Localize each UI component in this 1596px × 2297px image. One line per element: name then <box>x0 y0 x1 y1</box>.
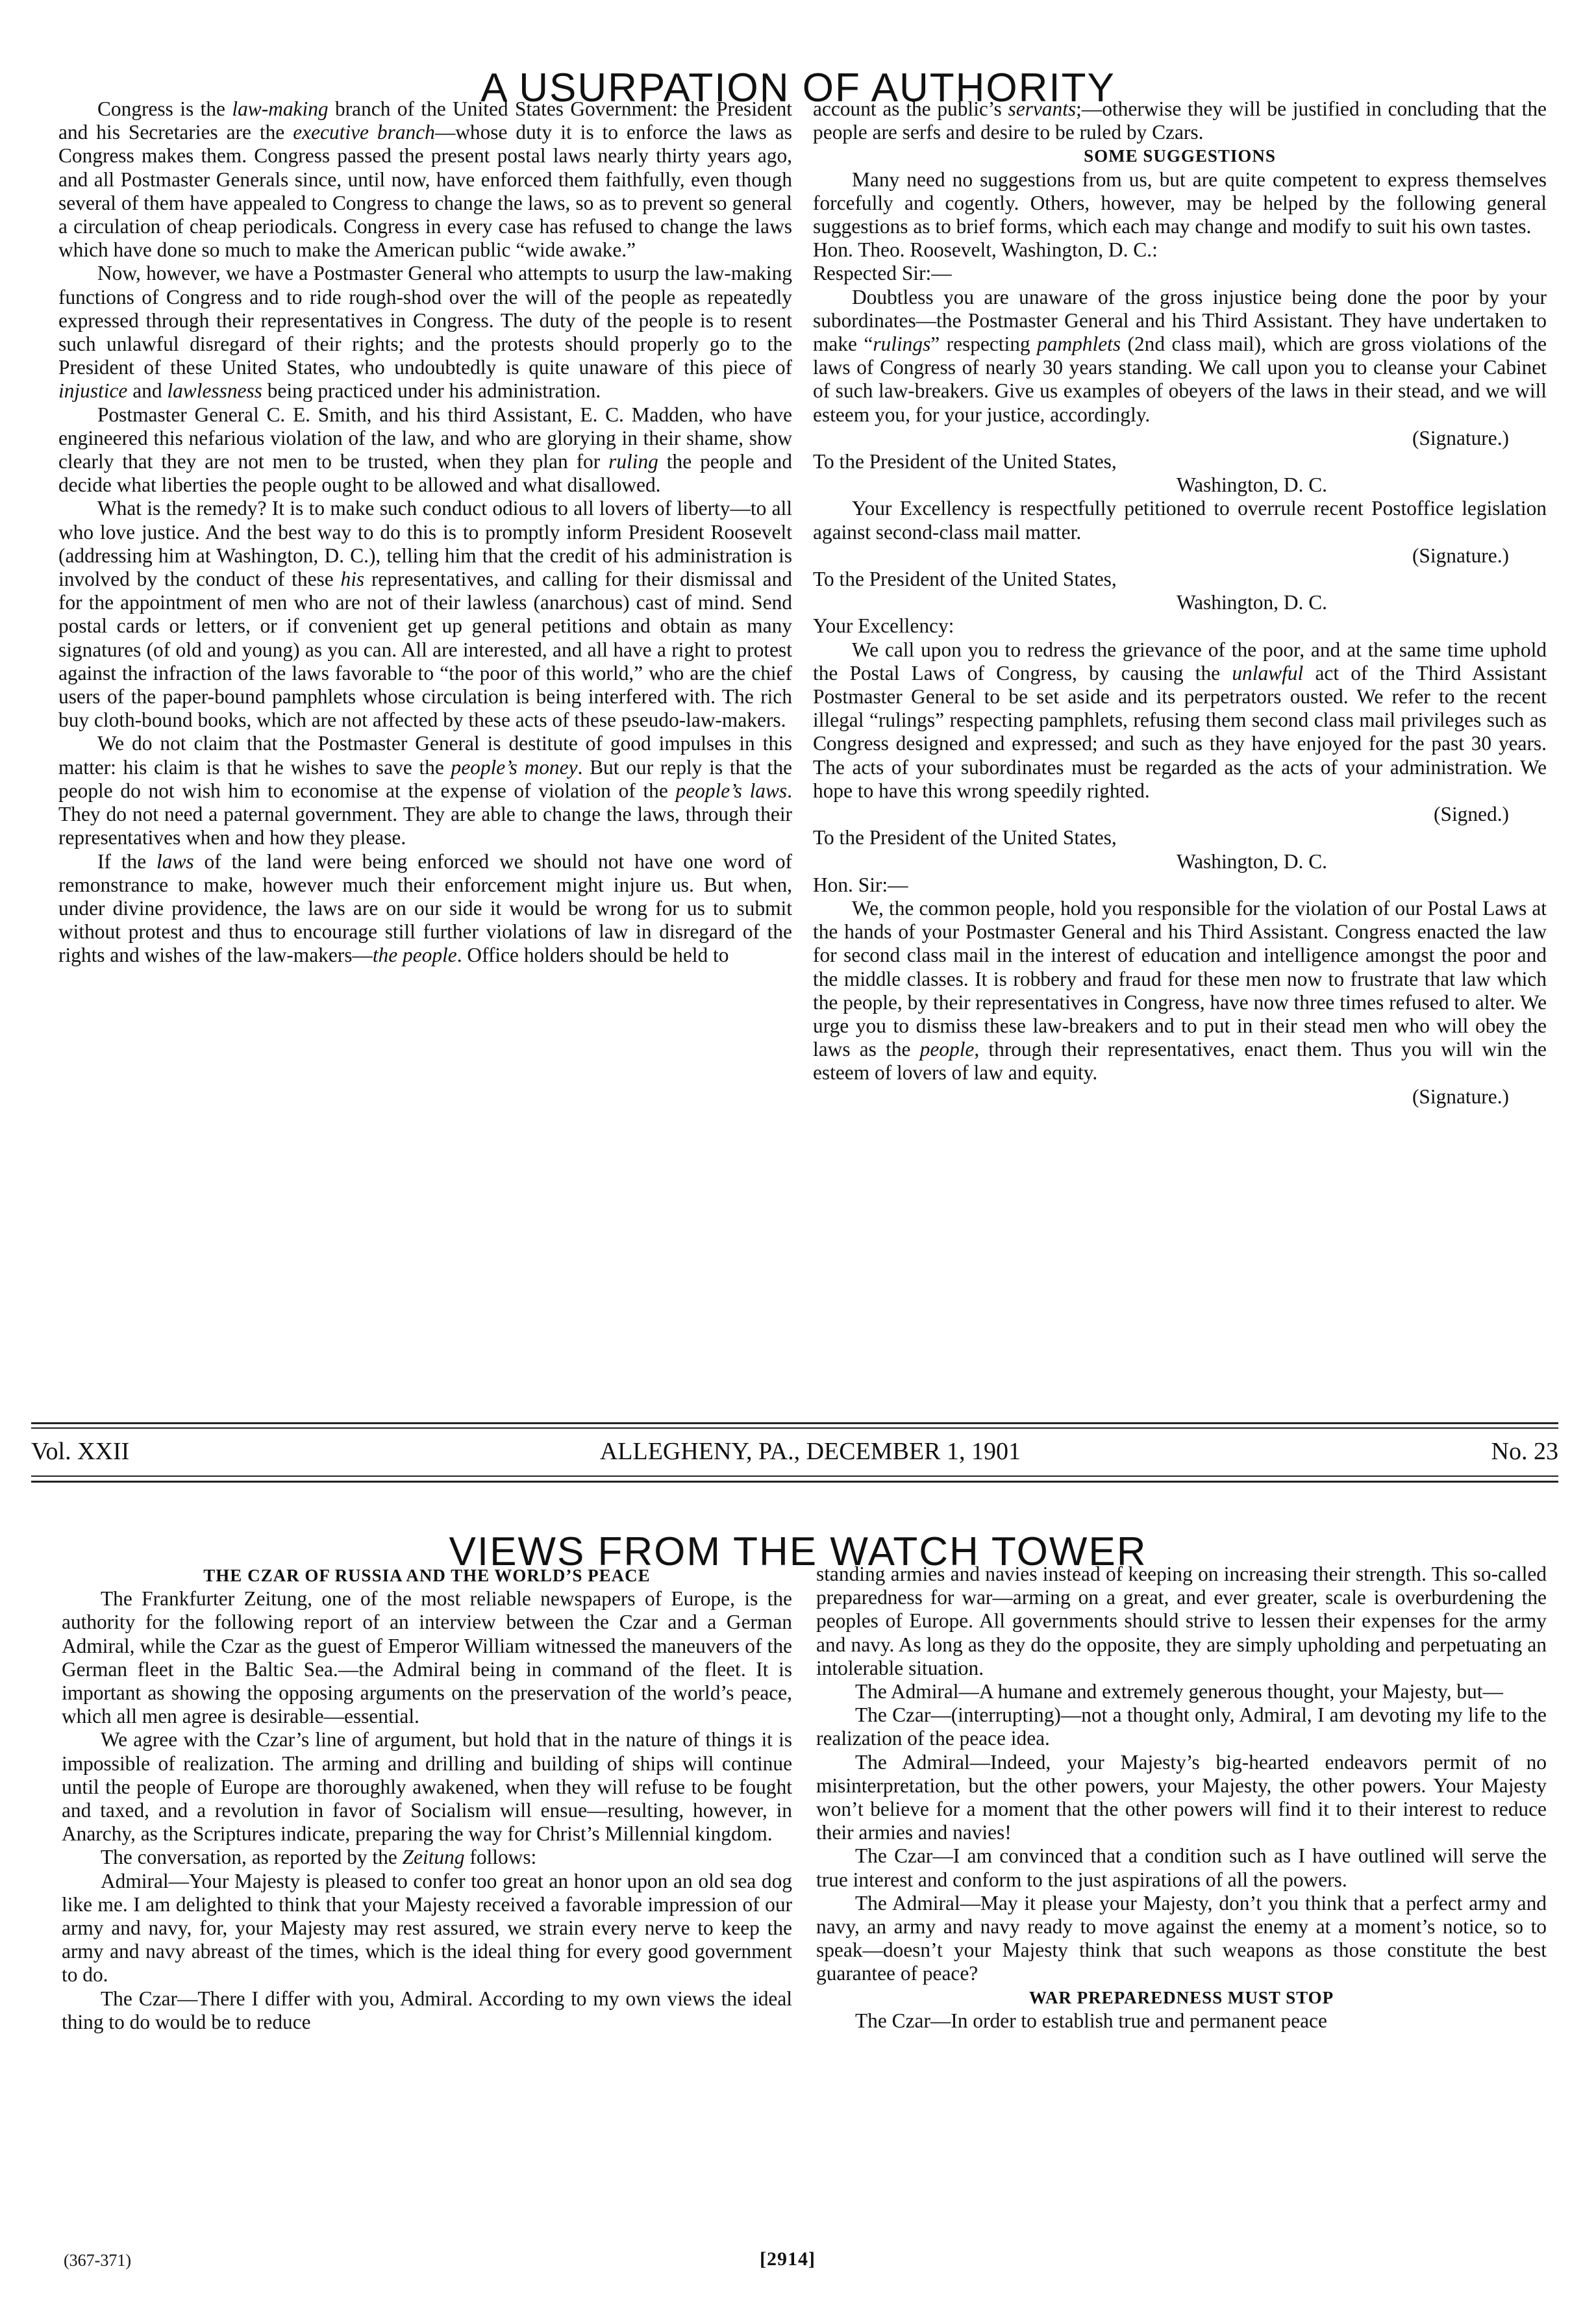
emphasis-text: lawlessness <box>167 379 262 402</box>
signature-line: (Signed.) <box>813 803 1547 826</box>
paragraph: The conversation, as reported by the Zei… <box>62 1846 792 1869</box>
emphasis-text: Zeitung <box>403 1846 465 1868</box>
section-heading: SOME SUGGESTIONS <box>813 144 1547 168</box>
paragraph: standing armies and navies instead of ke… <box>816 1563 1547 1680</box>
section-heading: WAR PREPAREDNESS MUST STOP <box>816 1986 1547 2009</box>
volume-label: Vol. XXII <box>31 1437 129 1466</box>
paragraph: Now, however, we have a Postmaster Gener… <box>58 262 792 403</box>
emphasis-text: people <box>920 1038 975 1061</box>
paragraph: We call upon you to redress the grievanc… <box>813 638 1547 803</box>
masthead-rule-top-inner <box>31 1427 1558 1429</box>
footer-reference: (367-371) <box>64 2251 131 2270</box>
paragraph: account as the public’s servants;—otherw… <box>813 97 1547 144</box>
signature-line: (Signature.) <box>813 427 1547 450</box>
paragraph: Your Excellency: <box>813 614 1547 638</box>
paragraph: If the laws of the land were being enfor… <box>58 850 792 968</box>
signature-line: (Signature.) <box>813 1085 1547 1109</box>
masthead: Vol. XXII ALLEGHENY, PA., DECEMBER 1, 19… <box>31 1435 1558 1468</box>
paragraph: The Czar—(interrupting)—not a thought on… <box>816 1703 1547 1750</box>
paragraph: The Czar—I am convinced that a condition… <box>816 1844 1547 1891</box>
masthead-rule-top <box>31 1422 1558 1424</box>
emphasis-text: people’s money <box>451 756 578 779</box>
article2-column-right: standing armies and navies instead of ke… <box>816 1563 1547 2033</box>
paragraph: To the President of the United States, <box>813 826 1547 849</box>
address-line: Washington, D. C. <box>813 850 1547 873</box>
emphasis-text: people’s laws <box>676 779 788 802</box>
emphasis-text: injustice <box>58 379 127 402</box>
paragraph: Postmaster General C. E. Smith, and his … <box>58 403 792 497</box>
paragraph: We agree with the Czar’s line of argumen… <box>62 1728 792 1846</box>
paragraph: The Admiral—A humane and extremely gener… <box>816 1680 1547 1703</box>
emphasis-text: laws <box>156 850 194 873</box>
emphasis-text: law-making <box>232 97 328 120</box>
masthead-rule-bottom <box>31 1481 1558 1483</box>
paragraph: What is the remedy? It is to make such c… <box>58 497 792 732</box>
paragraph: Congress is the law-making branch of the… <box>58 97 792 262</box>
paragraph: The Czar—In order to establish true and … <box>816 2009 1547 2033</box>
paragraph: Hon. Sir:— <box>813 873 1547 897</box>
paragraph: The Admiral—May it please your Majesty, … <box>816 1892 1547 1986</box>
paragraph: To the President of the United States, <box>813 568 1547 591</box>
emphasis-text: rulings <box>873 333 930 355</box>
masthead-rule-bottom-inner <box>31 1475 1558 1477</box>
paragraph: The Czar—There I differ with you, Admira… <box>62 1987 792 2034</box>
paragraph: Admiral—Your Majesty is pleased to confe… <box>62 1870 792 1987</box>
emphasis-text: the people <box>373 944 457 966</box>
address-line: Washington, D. C. <box>813 591 1547 614</box>
footer-page-number: [2914] <box>760 2248 816 2270</box>
section-heading: THE CZAR OF RUSSIA AND THE WORLD’S PEACE <box>62 1564 792 1587</box>
paragraph: Your Excellency is respectfully petition… <box>813 497 1547 544</box>
emphasis-text: his <box>341 568 365 590</box>
emphasis-text: pamphlets <box>1037 333 1121 355</box>
emphasis-text: servants <box>1008 97 1077 120</box>
article1-column-left: Congress is the law-making branch of the… <box>58 97 792 968</box>
paragraph: Doubtless you are unaware of the gross i… <box>813 286 1547 427</box>
emphasis-text: ruling <box>608 450 658 473</box>
paragraph: We, the common people, hold you responsi… <box>813 897 1547 1085</box>
address-line: Washington, D. C. <box>813 473 1547 497</box>
article1-column-right: account as the public’s servants;—otherw… <box>813 97 1547 1109</box>
paragraph: We do not claim that the Postmaster Gene… <box>58 732 792 849</box>
paragraph: Respected Sir:— <box>813 262 1547 285</box>
paragraph: Many need no suggestions from us, but ar… <box>813 168 1547 239</box>
issue-number-label: No. 23 <box>1491 1437 1558 1466</box>
emphasis-text: executive branch <box>293 121 435 144</box>
paragraph: Hon. Theo. Roosevelt, Washington, D. C.: <box>813 238 1547 262</box>
article2-column-left: THE CZAR OF RUSSIA AND THE WORLD’S PEACE… <box>62 1564 792 2034</box>
emphasis-text: unlawful <box>1232 662 1303 684</box>
place-date-label: ALLEGHENY, PA., DECEMBER 1, 1901 <box>600 1437 1021 1466</box>
paragraph: To the President of the United States, <box>813 450 1547 473</box>
periodical-page: A USURPATION OF AUTHORITY Congress is th… <box>0 0 1596 2297</box>
signature-line: (Signature.) <box>813 544 1547 568</box>
paragraph: The Frankfurter Zeitung, one of the most… <box>62 1587 792 1728</box>
paragraph: The Admiral—Indeed, your Majesty’s big-h… <box>816 1751 1547 1845</box>
